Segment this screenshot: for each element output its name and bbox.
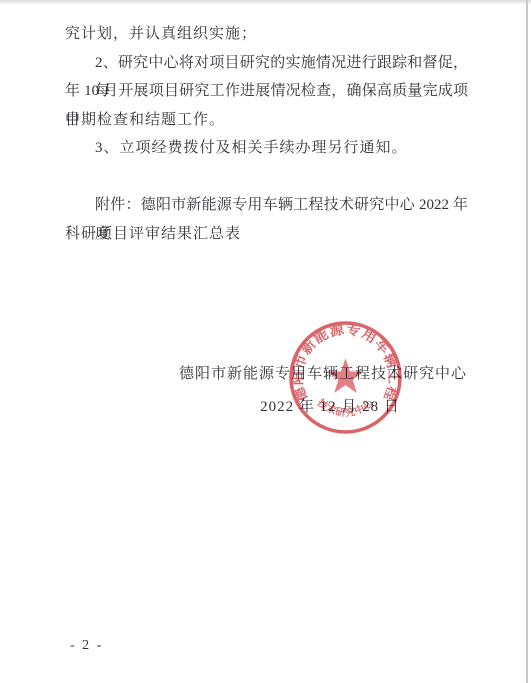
official-seal-stamp-icon: 德阳市新能源专用车辆工程 技术研究中心	[287, 319, 404, 436]
blank-line	[65, 163, 468, 192]
attachment-line: 科研项目评审结果汇总表	[65, 220, 468, 249]
right-scan-line	[526, 0, 528, 683]
body-line: 3、立项经费拨付及相关手续办理另行通知。	[65, 134, 468, 163]
svg-text:技术研究中心: 技术研究中心	[314, 395, 376, 419]
top-scan-shadow	[0, 0, 531, 4]
scanned-document-page: { "document": { "body_lines": [ "究计划，并认真…	[0, 0, 531, 683]
seal-star-icon	[327, 358, 364, 393]
seal-bottom-text: 技术研究中心	[314, 395, 376, 419]
body-line: 2、研究中心将对项目研究的实施情况进行跟踪和督促，每	[65, 49, 468, 78]
body-line: 究计划，并认真组织实施；	[65, 20, 468, 49]
document-body: 究计划，并认真组织实施； 2、研究中心将对项目研究的实施情况进行跟踪和督促，每 …	[65, 20, 468, 248]
attachment-line: 附件：德阳市新能源专用车辆工程技术研究中心 2022 年度	[65, 191, 468, 220]
body-line: 中期检查和结题工作。	[65, 106, 468, 135]
body-line: 年 10 月开展项目研究工作进展情况检查，确保高质量完成项目	[65, 77, 468, 106]
page-number: - 2 -	[70, 637, 103, 655]
